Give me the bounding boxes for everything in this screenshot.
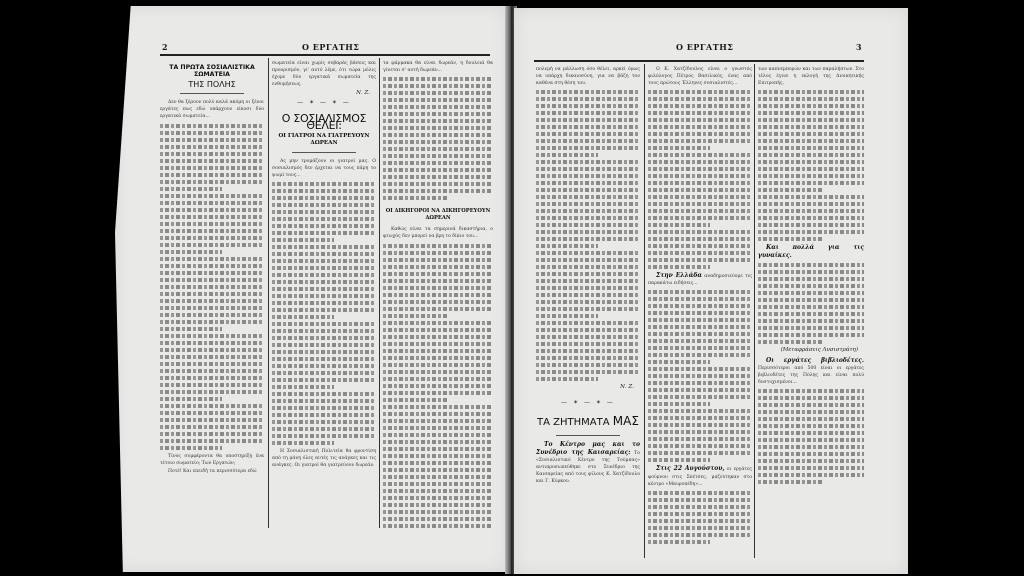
section-text: Περισσότεροι από 500 είναι οι εργάτες βι… xyxy=(758,366,864,385)
article-signature: Ν. Ζ. xyxy=(542,384,634,391)
article-lead: Ας μην τρομάζουν οι γιατροί μας. Ο σοσια… xyxy=(272,158,376,179)
article-headline-free: ΔΩΡΕΑΝ xyxy=(383,215,493,222)
article-body-text xyxy=(758,263,864,344)
article-body-text xyxy=(160,124,264,450)
article-subheadline-doctors: ΟΙ ΓΙΑΤΡΟΙ ΝΑ ΓΙΑΤΡΕΥΟΥΝ xyxy=(272,133,376,140)
article-closing-line-2: Ποτέ! Και επειδή τα περισσότερα εδώ xyxy=(160,468,264,475)
article-headline-first-socialist-unions: ΤΑ ΠΡΩΤΑ ΣΟΣΙΑΛΙΣΤΙΚΑ ΣΩΜΑΤΕΙΑ xyxy=(160,64,264,78)
ornamental-divider: — ✶ — ✶ — xyxy=(536,399,640,406)
continued-text: σωματεία είναι χωρίς σοβαράς βάσεις και … xyxy=(272,60,376,88)
article-signature: Ν. Ζ. xyxy=(278,90,370,97)
headline-separator xyxy=(292,152,356,153)
article-closing-line: Η Σοσιαλιστική Πολιτεία θα φροντίση από … xyxy=(272,448,376,469)
headline-separator xyxy=(556,435,620,436)
date-lead-22-august: Στις 22 Αυγούστου, xyxy=(656,465,725,472)
article-body-text xyxy=(272,182,376,445)
article-lead: Δεν θα ξέρουν πολύ καλά ακόμη οι ξένοι ε… xyxy=(160,99,264,120)
right-page-number: 3 xyxy=(856,42,862,52)
article-body-text xyxy=(536,90,640,381)
headline-part-2: ΜΑΣ xyxy=(613,414,639,428)
headline-part-1: ΤΑ ΖΗΤΗΜΑΤΑ xyxy=(537,417,610,428)
article-headline-lawyers: ΟΙ ΔΙΚΗΓΟΡΟΙ ΝΑ ΔΙΚΗΓΟΡΕΥΟΥΝ xyxy=(383,208,493,215)
continued-text: πολεμή να μάλλωση όσο θέλει, αρκεί όμως … xyxy=(536,66,640,87)
article-lead: Καθώς είναι τα σημερινά δικαστήρια, ο φτ… xyxy=(383,226,493,240)
continued-text: τα φάρμακα θα είναι δωρεάν, η δουλειά θα… xyxy=(383,60,493,74)
article-body-text xyxy=(383,77,493,200)
article-body-text xyxy=(648,90,752,269)
article-body-text xyxy=(758,90,864,241)
section-lead-bookbinders: Οι εργάτες βιβλιοδέτες. xyxy=(766,357,864,364)
section-lead-women: Και πολλά για τις γυναίκες. xyxy=(758,244,864,259)
article-lead-italic: Το Κέντρο μας και το Συνέδριο της Καισαρ… xyxy=(536,441,640,456)
article-headline-our-issues: ΤΑ ΖΗΤΗΜΑΤΑ ΜΑΣ xyxy=(536,418,640,426)
article-lead: Ο Κ. Χατζίδουλος είναι ο γνωστός φιλόλογ… xyxy=(648,66,752,87)
article-headline-of-the-city: ΤΗΣ ΠΟΛΗΣ xyxy=(160,81,264,88)
headline-separator xyxy=(180,93,244,94)
right-column-2: Ο Κ. Χατζίδουλος είναι ο γνωστός φιλόλογ… xyxy=(648,66,752,556)
article-signature: (Μεταφράσεις Λυσιστράτη) xyxy=(764,347,858,354)
right-column-divider-1 xyxy=(644,64,645,558)
right-header-rule xyxy=(534,60,864,62)
left-running-head: Ο ΕΡΓΑΤΗΣ xyxy=(302,42,359,52)
article-body-text xyxy=(383,244,493,530)
left-page-number: 2 xyxy=(162,42,168,52)
left-column-3: τα φάρμακα θα είναι δωρεάν, η δουλειά θα… xyxy=(383,60,493,530)
article-subheadline-free: ΔΩΡΕΑΝ xyxy=(272,140,376,147)
right-column-1: πολεμή να μάλλωση όσο θέλει, αρκεί όμως … xyxy=(536,66,640,556)
left-column-1: ΤΑ ΠΡΩΤΑ ΣΟΣΙΑΛΙΣΤΙΚΑ ΣΩΜΑΤΕΙΑ ΤΗΣ ΠΟΛΗΣ… xyxy=(160,60,264,530)
section-lead-greece: Στην Ελλάδα xyxy=(656,272,702,279)
left-column-divider-2 xyxy=(379,58,380,528)
right-column-3: των καπνεμπορών και των παραλήπτων. Στο … xyxy=(758,66,864,556)
article-closing-line-1: Τίνος συμφέροντα θα υποστηρίξη ένα τέτοι… xyxy=(160,453,264,467)
left-column-2: σωματεία είναι χωρίς σοβαράς βάσεις και … xyxy=(272,60,376,530)
right-column-divider-2 xyxy=(754,64,755,558)
right-running-head: Ο ΕΡΓΑΤΗΣ xyxy=(676,42,733,52)
ornamental-divider: — ✶ — ✶ — xyxy=(272,99,376,106)
article-body-text xyxy=(648,491,752,544)
article-body-text xyxy=(648,290,752,462)
continued-text: των καπνεμπορών και των παραλήπτων. Στο … xyxy=(758,66,864,87)
article-headline-socialism-wants: Ο ΣΟΣΙΑΛΙΣΜΟΣ ΘΕΛΕΙ: xyxy=(272,115,376,129)
article-body-text xyxy=(758,389,864,484)
left-header-rule xyxy=(160,54,490,56)
left-column-divider-1 xyxy=(268,58,269,528)
